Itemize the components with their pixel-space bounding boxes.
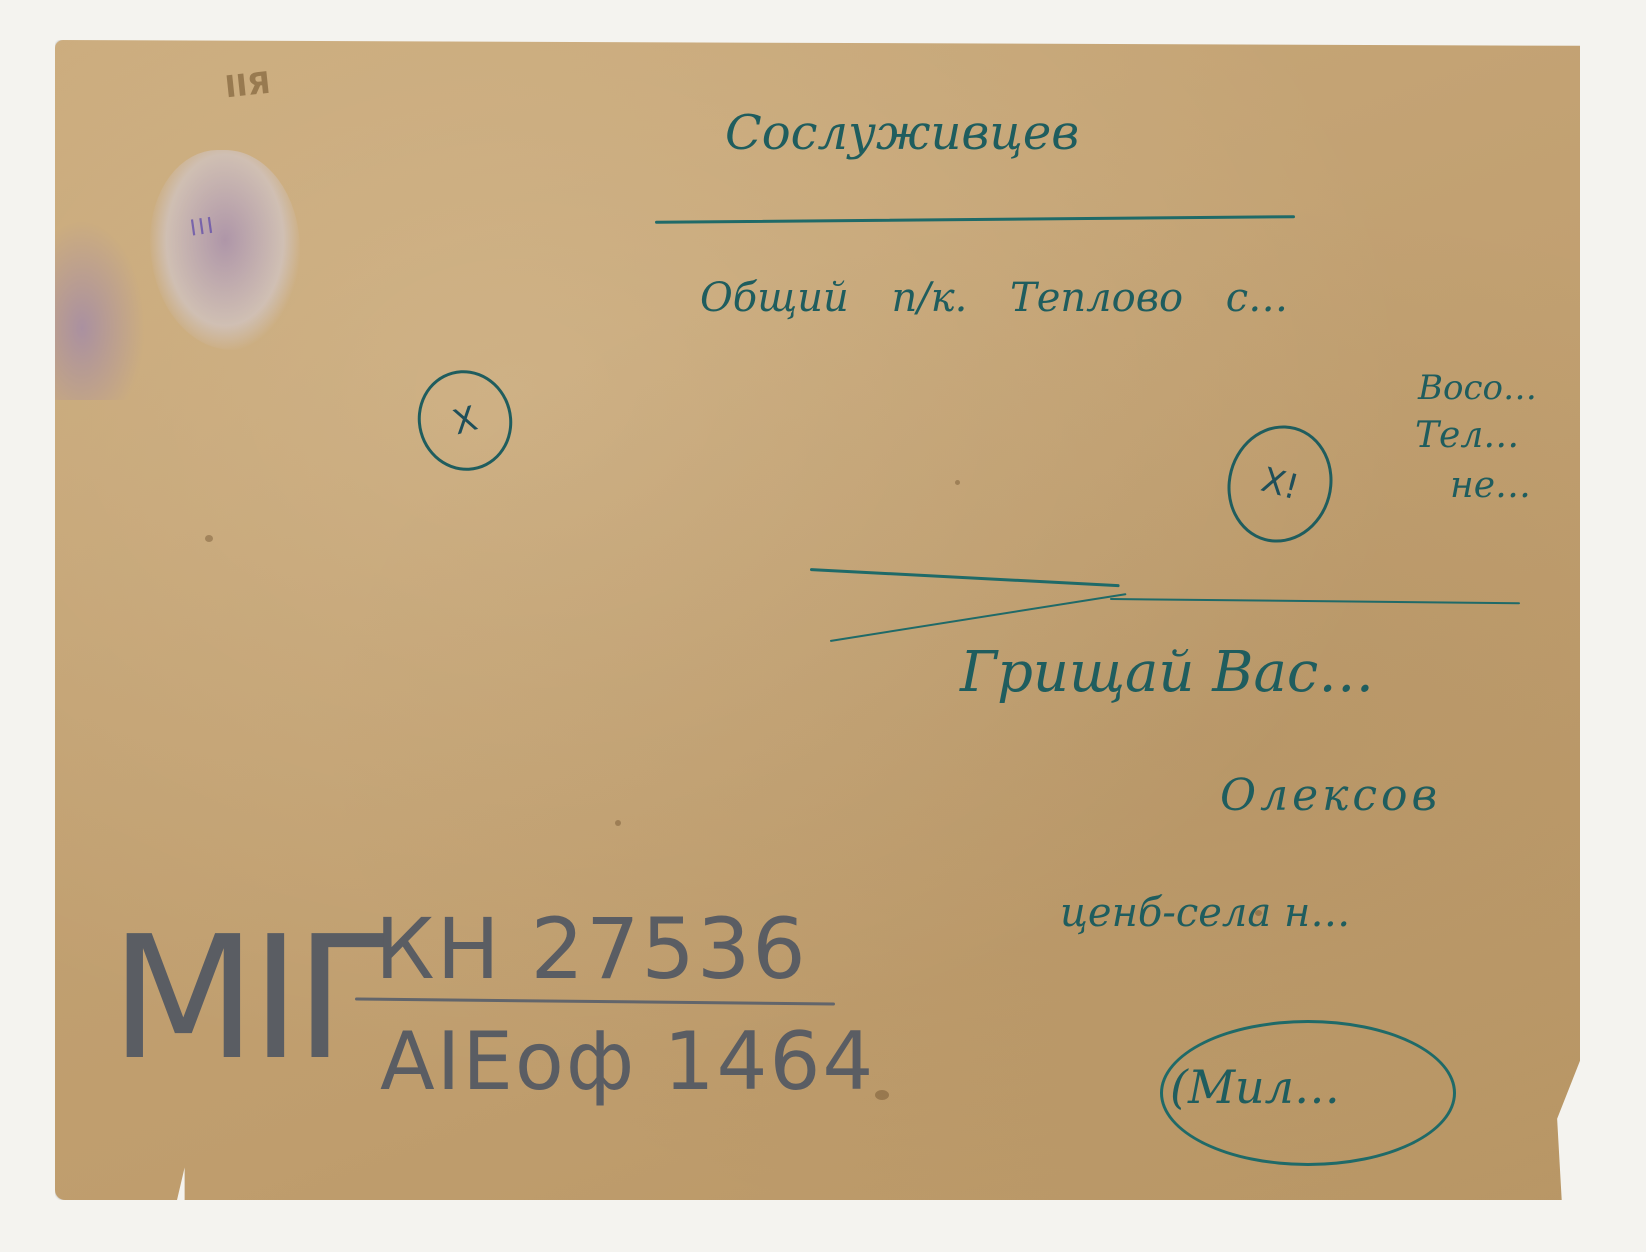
right-col-2: Тел… — [1415, 415, 1519, 456]
faded-top-mark: ІІЯ — [223, 66, 272, 106]
handwritten-line-1: Общий п/к. Теплово с… — [700, 275, 1288, 321]
handwritten-title: Сослуживцев — [725, 105, 1079, 161]
catalog-fund: АІЕоф 1464 — [380, 1015, 875, 1108]
stamp-text: ІІІ — [188, 213, 217, 241]
handwritten-olek: Олексов — [1220, 770, 1441, 821]
stamp-fragment — [55, 220, 145, 400]
handwritten-cenb: ценб-села н… — [1060, 890, 1350, 936]
paper-speck — [955, 480, 960, 485]
right-col-1: Восо… — [1418, 368, 1537, 408]
oval-text: (Мил… — [1170, 1060, 1340, 1114]
catalog-number: КН 27536 — [375, 900, 808, 998]
signature-line: Грищай Вас… — [960, 640, 1374, 705]
catalog-prefix: МІГ — [110, 900, 393, 1098]
paper-speck — [875, 1090, 889, 1100]
right-col-3: не… — [1450, 465, 1531, 506]
paper-speck — [205, 535, 213, 542]
paper-speck — [615, 820, 621, 826]
